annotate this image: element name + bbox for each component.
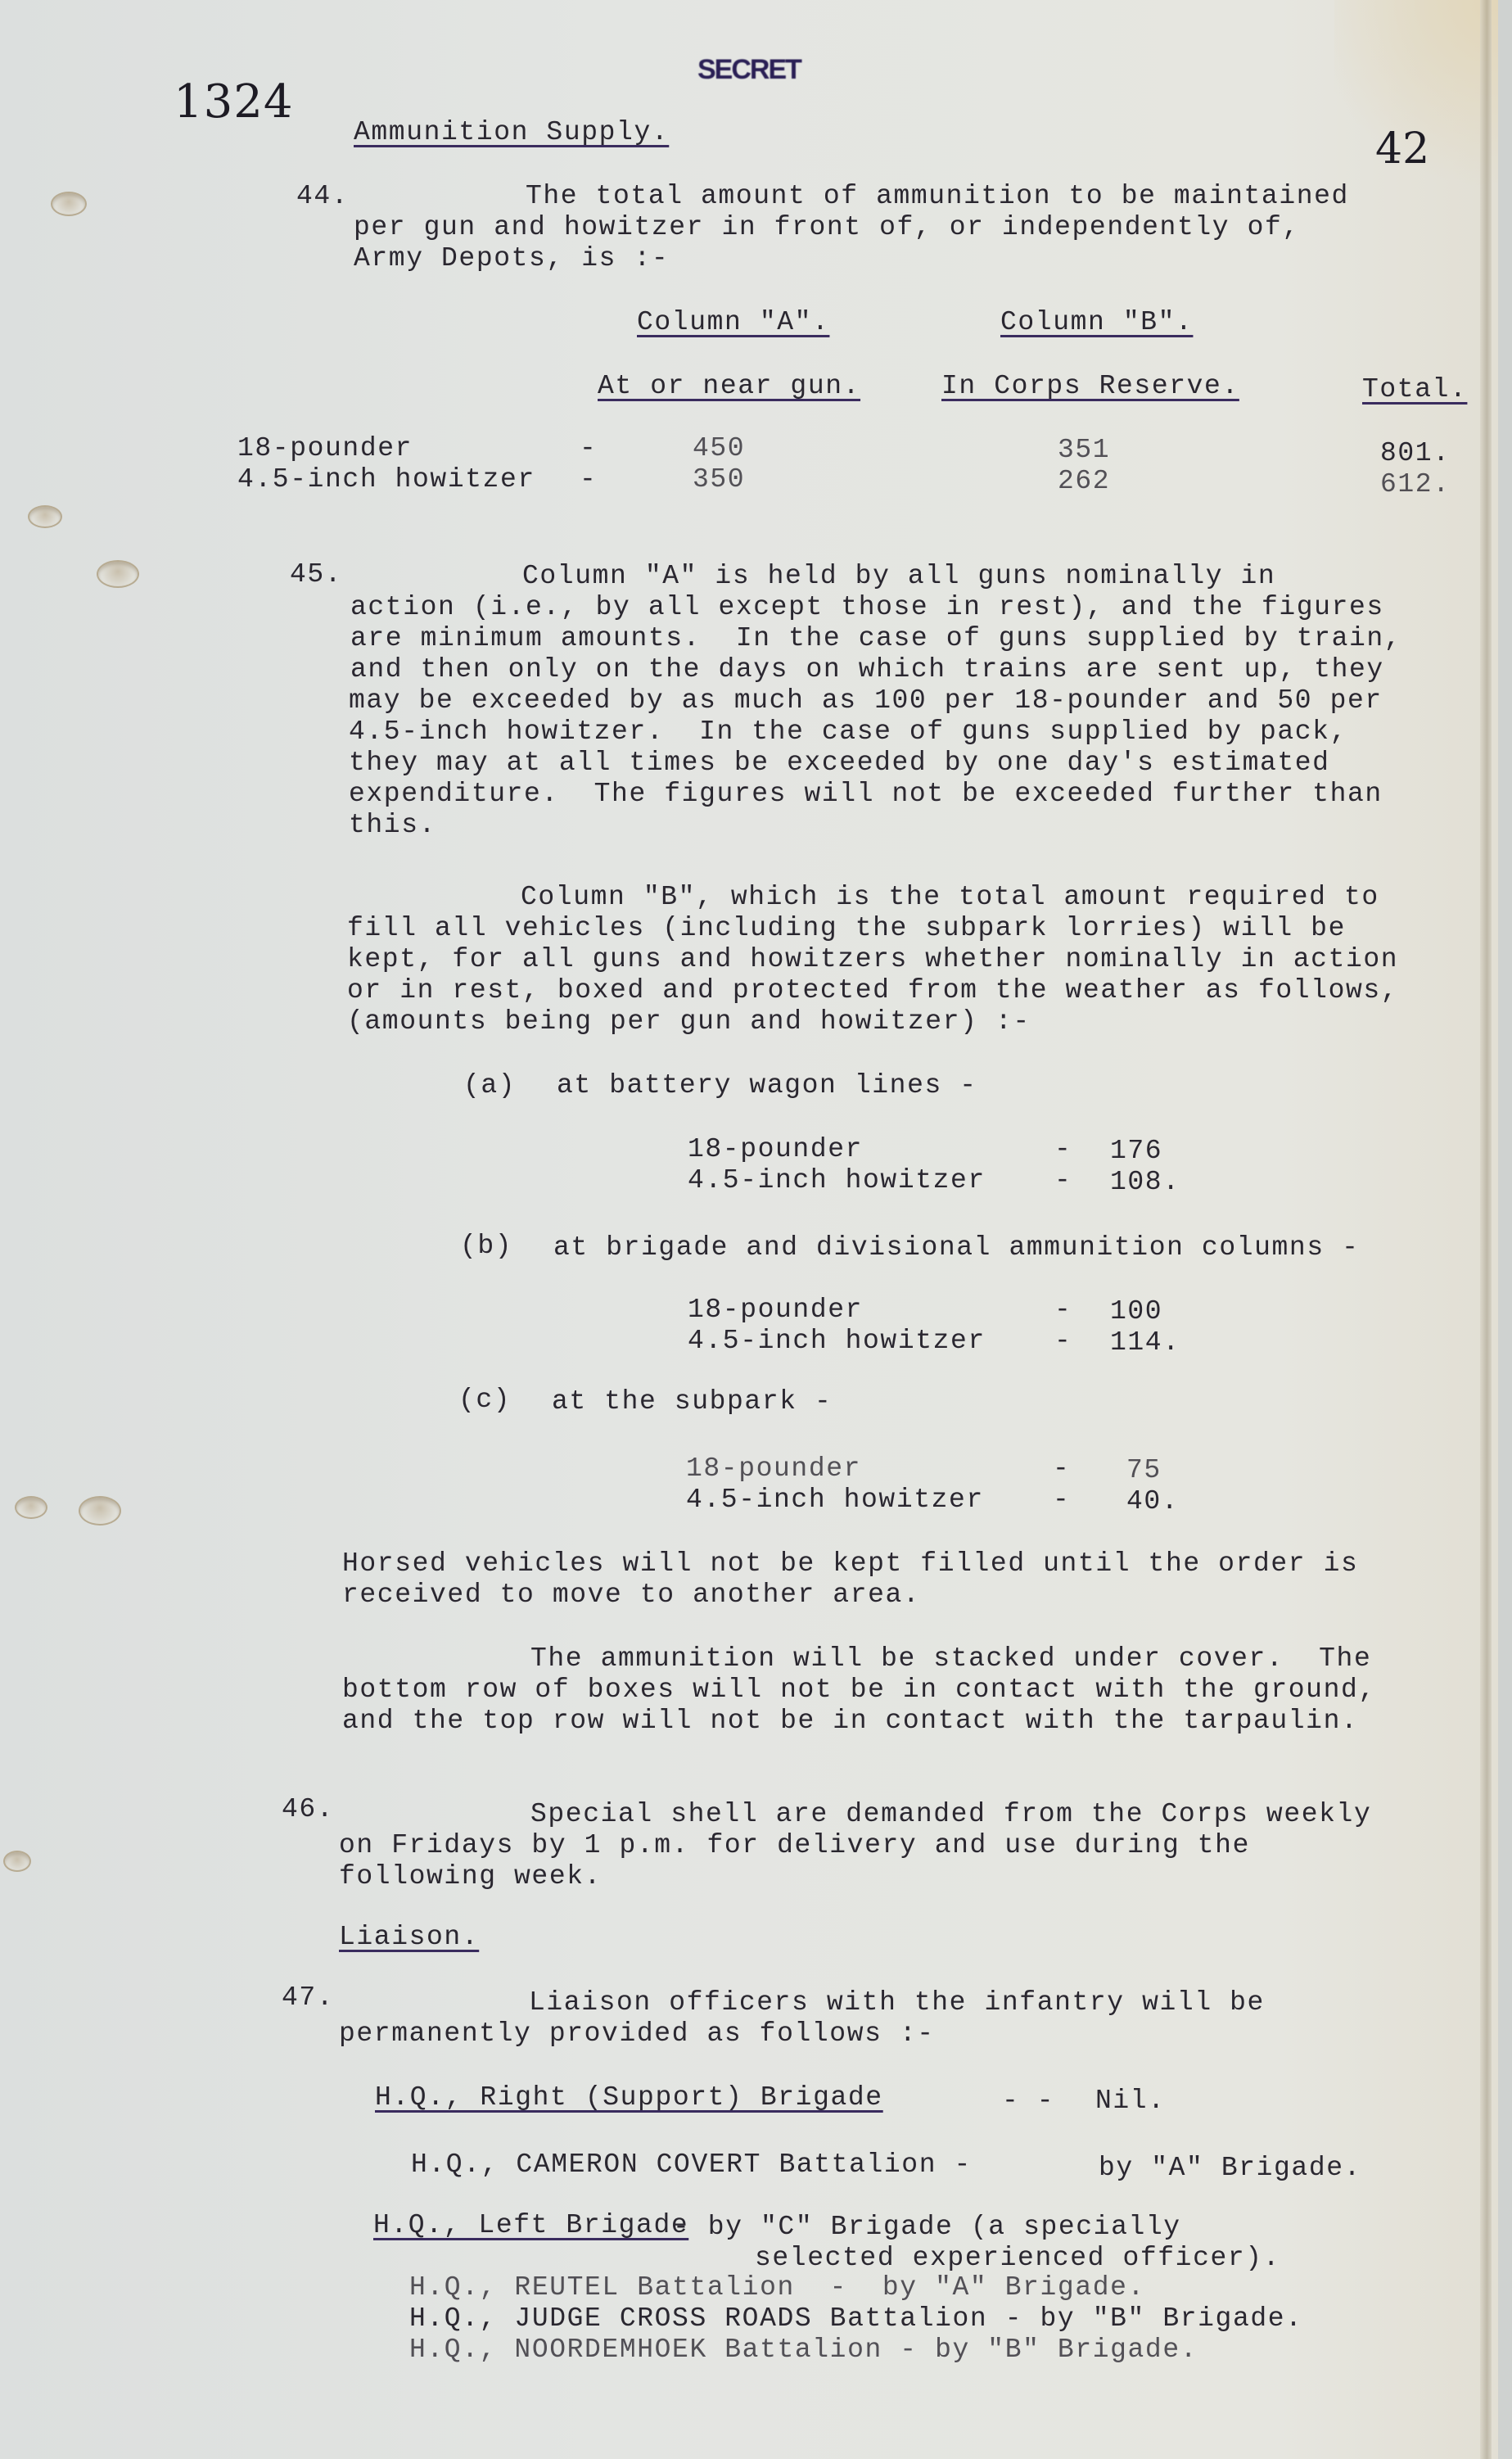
para44-line: The total amount of ammunition to be mai… (526, 180, 1349, 212)
para45-line: 4.5-inch howitzer. In the case of guns s… (349, 716, 1347, 748)
total-cell: 801. (1380, 437, 1451, 469)
item-weapon: 4.5-inch howitzer (688, 1325, 986, 1357)
right-brigade-label: H.Q., Right (Support) Brigade (375, 2082, 883, 2113)
item-weapon: 4.5-inch howitzer (686, 1484, 984, 1516)
para45-line: and then only on the days on which train… (350, 653, 1384, 685)
item-dash: - (1054, 1294, 1072, 1326)
column-header-in-corps-reserve: In Corps Reserve. (941, 370, 1239, 402)
para46-line: on Fridays by 1 p.m. for delivery and us… (339, 1829, 1250, 1861)
cameron-covert-label: H.Q., CAMERON COVERT Battalion - (411, 2149, 972, 2181)
item-amount: 40. (1126, 1485, 1179, 1517)
para46-line: Special shell are demanded from the Corp… (530, 1798, 1371, 1830)
group-header-column-b: Column "B". (1000, 306, 1193, 338)
left-brigade-label: H.Q., Left Brigade (373, 2209, 688, 2241)
paper-stain (1334, 0, 1498, 213)
location-label: (a) (463, 1069, 516, 1101)
para44-line: Army Depots, is :- (354, 242, 669, 274)
location-text: at brigade and divisional ammunition col… (553, 1232, 1360, 1263)
stacking-line: The ammunition will be stacked under cov… (530, 1643, 1371, 1675)
item-amount: 114. (1110, 1327, 1180, 1358)
group-header-column-a: Column "A". (637, 306, 829, 338)
left-brigade-value-cont: selected experienced officer). (755, 2242, 1280, 2274)
horsed-vehicles-line: received to move to another area. (342, 1579, 920, 1611)
column-header-at-or-near-gun: At or near gun. (598, 370, 860, 402)
para45-line: they may at all times be exceeded by one… (349, 747, 1330, 779)
security-mark: SECRET (697, 54, 801, 86)
item-weapon: 18-pounder (688, 1294, 863, 1326)
in-corps-reserve-cell: 351 (1058, 434, 1110, 466)
column-b-line: kept, for all guns and howitzers whether… (347, 943, 1398, 975)
cameron-covert-value: by "A" Brigade. (1099, 2152, 1361, 2184)
column-b-line: Column "B", which is the total amount re… (521, 881, 1379, 913)
paragraph-number: 44. (296, 180, 349, 212)
para45-line: this. (349, 809, 436, 841)
column-header-total: Total. (1362, 373, 1467, 405)
battalion-line: H.Q., NOORDEMHOEK Battalion - by "B" Bri… (409, 2334, 1198, 2366)
paragraph-number: 46. (282, 1793, 334, 1825)
at-or-near-gun-cell: 450 (693, 432, 745, 464)
location-label: (c) (458, 1384, 511, 1416)
paragraph-number: 47. (282, 1982, 334, 2014)
right-brigade-dash: - - (1002, 2085, 1054, 2117)
para45-line: are minimum amounts. In the case of guns… (350, 622, 1401, 654)
dash-cell: - (580, 463, 597, 495)
page-edge-shadow (1480, 0, 1492, 2459)
total-cell: 612. (1380, 468, 1451, 500)
dash-cell: - (580, 432, 597, 464)
para45-line: action (i.e., by all except those in res… (350, 591, 1384, 623)
page-number: 42 (1375, 124, 1429, 174)
column-b-line: (amounts being per gun and howitzer) :- (347, 1006, 1031, 1037)
column-b-line: or in rest, boxed and protected from the… (347, 974, 1398, 1006)
punch-hole-icon (3, 1851, 31, 1872)
paragraph-number: 45. (290, 558, 342, 590)
item-dash: - (1054, 1325, 1072, 1357)
item-amount: 176 (1110, 1135, 1162, 1167)
weapon-cell: 18-pounder (237, 432, 413, 464)
document-page: 1324 SECRET 42 Ammunition Supply. 44. Th… (0, 0, 1498, 2459)
battalion-line: H.Q., JUDGE CROSS ROADS Battalion - by "… (409, 2303, 1303, 2335)
para47-line: permanently provided as follows :- (339, 2018, 935, 2050)
at-or-near-gun-cell: 350 (693, 463, 745, 495)
location-label: (b) (460, 1230, 512, 1262)
punch-hole-icon (51, 192, 87, 216)
para47-line: Liaison officers with the infantry will … (529, 1987, 1265, 2018)
liaison-heading: Liaison. (339, 1921, 479, 1953)
item-weapon: 18-pounder (688, 1133, 863, 1165)
horsed-vehicles-line: Horsed vehicles will not be kept filled … (342, 1548, 1358, 1580)
section-heading: Ammunition Supply. (354, 116, 669, 148)
para45-line: may be exceeded by as much as 100 per 18… (349, 685, 1383, 716)
location-text: at the subpark - (552, 1385, 832, 1417)
para46-line: following week. (339, 1860, 602, 1892)
left-brigade-value: - by "C" Brigade (a specially (673, 2211, 1181, 2243)
item-amount: 100 (1110, 1295, 1162, 1327)
punch-hole-icon (97, 560, 139, 588)
stacking-line: bottom row of boxes will not be in conta… (342, 1674, 1376, 1706)
para45-line: expenditure. The figures will not be exc… (349, 778, 1383, 810)
column-b-line: fill all vehicles (including the subpark… (347, 912, 1346, 944)
location-text: at battery wagon lines - (557, 1069, 977, 1101)
item-dash: - (1053, 1484, 1070, 1516)
punch-hole-icon (28, 505, 62, 528)
para44-line: per gun and howitzer in front of, or ind… (354, 211, 1300, 243)
para45-line: Column "A" is held by all guns nominally… (522, 560, 1275, 592)
item-amount: 108. (1110, 1166, 1180, 1198)
item-weapon: 4.5-inch howitzer (688, 1164, 986, 1196)
item-dash: - (1053, 1453, 1070, 1485)
punch-hole-icon (15, 1496, 47, 1519)
stacking-line: and the top row will not be in contact w… (342, 1705, 1358, 1737)
in-corps-reserve-cell: 262 (1058, 465, 1110, 497)
right-brigade-value: Nil. (1095, 2085, 1166, 2117)
item-amount: 75 (1126, 1454, 1162, 1486)
item-dash: - (1054, 1164, 1072, 1196)
item-dash: - (1054, 1133, 1072, 1165)
item-weapon: 18-pounder (686, 1453, 861, 1485)
battalion-line: H.Q., REUTEL Battalion - by "A" Brigade. (409, 2271, 1145, 2303)
weapon-cell: 4.5-inch howitzer (237, 463, 535, 495)
punch-hole-icon (79, 1496, 121, 1526)
folio-number: 1324 (174, 75, 294, 129)
